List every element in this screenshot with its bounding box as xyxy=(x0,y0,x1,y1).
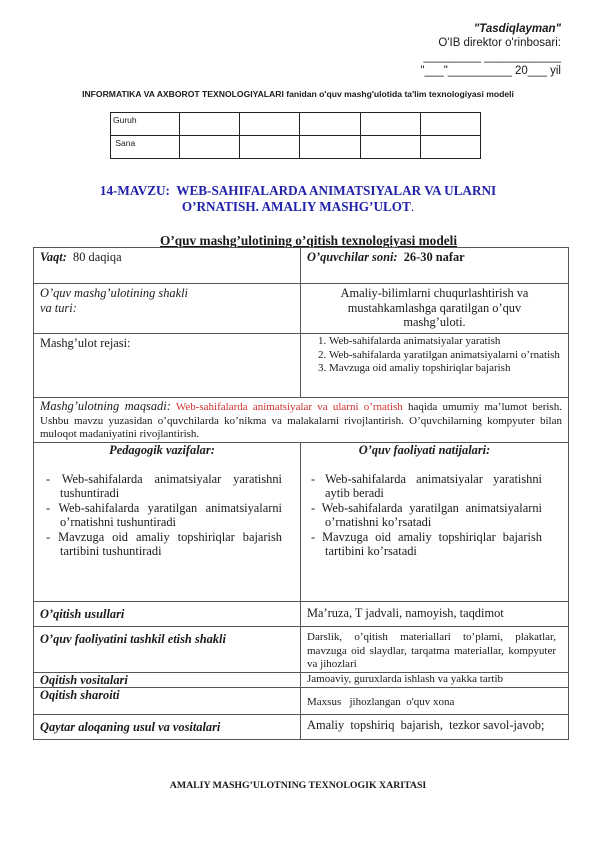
document-subtitle: INFORMATIKA VA AXBOROT TEXNOLOGIYALARI f… xyxy=(0,89,596,99)
conditions-label: Oqitish sharoiti xyxy=(34,688,301,714)
form-value: Amaliy-bilimlarni chuqurlashtirish va mu… xyxy=(301,284,568,333)
plan-item: Web-sahifalarda yaratilgan animatsiyalar… xyxy=(329,349,562,363)
topic-dot: . xyxy=(411,199,414,214)
plan-item: Mavzuga oid amaliy topshiriqlar bajarish xyxy=(329,362,562,376)
group-date-table: Guruh Sana xyxy=(110,112,481,159)
topic-title: 14-MAVZU: WEB-SAHIFALARDA ANIMATSIYALAR … xyxy=(0,183,596,215)
results-item: - Mavzuga oid amaliy topshiriqlar bajari… xyxy=(307,530,542,559)
results-item: - Web-sahifalarda animatsiyalar yaratish… xyxy=(307,472,542,501)
pedagogical-item: - Web-sahifalarda animatsiyalar yaratish… xyxy=(42,472,282,501)
row-methods: O’qitish usullari Ma’ruza, T jadvali, na… xyxy=(33,602,569,627)
approval-signature-line: _________ ____________ xyxy=(420,50,561,64)
topic-line-2: O’RNATISH. AMALIY MASHG’ULOT xyxy=(182,199,411,214)
methods-label: O’qitish usullari xyxy=(34,602,301,626)
approval-block: "Tasdiqlayman" O'IB direktor o'rinbosari… xyxy=(420,22,561,78)
students-value: 26-30 nafar xyxy=(398,250,465,264)
row-plan: Mashg’ulot rejasi: Web-sahifalarda anima… xyxy=(33,334,569,398)
plan-item: Web-sahifalarda animatsiyalar yaratish xyxy=(329,335,562,349)
plan-list: Web-sahifalarda animatsiyalar yaratish W… xyxy=(307,335,562,376)
date-cell xyxy=(420,136,480,159)
group-cell xyxy=(240,113,300,136)
row-form: O’quv mashg’ulotining shakli va turi: Am… xyxy=(33,284,569,334)
group-cell xyxy=(300,113,360,136)
row-feedback: Qaytar aloqaning usul va vositalari Amal… xyxy=(33,715,569,740)
tools-value: Jamoaviy, guruxlarda ishlash va yakka ta… xyxy=(301,673,568,687)
footer-title: AMALIY MASHG’ULOTNING TEXNOLOGIK XARITAS… xyxy=(0,780,596,791)
time-value: 80 daqiqa xyxy=(67,250,122,264)
form-label: O’quv mashg’ulotining shakli va turi: xyxy=(34,284,301,333)
pedagogical-item: - Mavzuga oid amaliy topshiriqlar bajari… xyxy=(42,530,282,559)
students-label: O’quvchilar soni: xyxy=(307,250,398,264)
pedagogical-list: - Web-sahifalarda animatsiyalar yaratish… xyxy=(42,472,282,559)
results-title: O’quv faoliyati natijalari: xyxy=(307,443,542,458)
model-table: Vaqt: 80 daqiqa O’quvchilar soni: 26-30 … xyxy=(33,247,569,740)
conditions-value: Maxsus jihozlangan o'quv xona xyxy=(301,688,568,714)
date-cell xyxy=(240,136,300,159)
feedback-value: Amaliy topshiriq bajarish, tezkor savol-… xyxy=(301,715,568,739)
methods-value: Ma’ruza, T jadvali, namoyish, taqdimot xyxy=(301,602,568,626)
group-cell xyxy=(360,113,420,136)
feedback-label: Qaytar aloqaning usul va vositalari xyxy=(34,715,301,739)
pedagogical-item: - Web-sahifalarda yaratilgan animatsiyal… xyxy=(42,501,282,530)
date-label: Sana xyxy=(111,136,180,159)
group-label: Guruh xyxy=(111,113,180,136)
date-cell xyxy=(360,136,420,159)
org-value: Darslik, o’qitish materiallari to’plami,… xyxy=(301,627,568,672)
row-conditions: Oqitish sharoiti Maxsus jihozlangan o'qu… xyxy=(33,688,569,715)
goal-highlight: Web-sahifalarda animatsiyalar va ularni … xyxy=(176,401,403,413)
org-label: O’quv faoliyatini tashkil etish shakli xyxy=(34,627,301,672)
date-cell xyxy=(180,136,240,159)
results-list: - Web-sahifalarda animatsiyalar yaratish… xyxy=(307,472,542,559)
approval-date-line: "___"__________ 20___ yil xyxy=(420,64,561,78)
goal-label: Mashg’ulotning maqsadi: xyxy=(40,399,171,413)
row-tools: Oqitish vositalari Jamoaviy, guruxlarda … xyxy=(33,673,569,688)
group-cell xyxy=(420,113,480,136)
plan-label: Mashg’ulot rejasi: xyxy=(34,334,301,397)
group-row: Guruh xyxy=(111,113,481,136)
date-cell xyxy=(300,136,360,159)
topic-line-1: 14-MAVZU: WEB-SAHIFALARDA ANIMATSIYALAR … xyxy=(0,183,596,199)
time-label: Vaqt: xyxy=(40,250,67,264)
row-tasks: Pedagogik vazifalar: - Web-sahifalarda a… xyxy=(33,443,569,602)
tools-label: Oqitish vositalari xyxy=(34,673,301,687)
pedagogical-title: Pedagogik vazifalar: xyxy=(42,443,282,458)
approval-title: "Tasdiqlayman" xyxy=(420,22,561,36)
approval-position: O'IB direktor o'rinbosari: xyxy=(420,36,561,50)
row-goal: Mashg’ulotning maqsadi: Web-sahifalarda … xyxy=(33,398,569,443)
row-organization: O’quv faoliyatini tashkil etish shakli D… xyxy=(33,627,569,673)
row-time: Vaqt: 80 daqiqa O’quvchilar soni: 26-30 … xyxy=(33,247,569,284)
date-row: Sana xyxy=(111,136,481,159)
group-cell xyxy=(180,113,240,136)
results-item: - Web-sahifalarda yaratilgan animatsiyal… xyxy=(307,501,542,530)
